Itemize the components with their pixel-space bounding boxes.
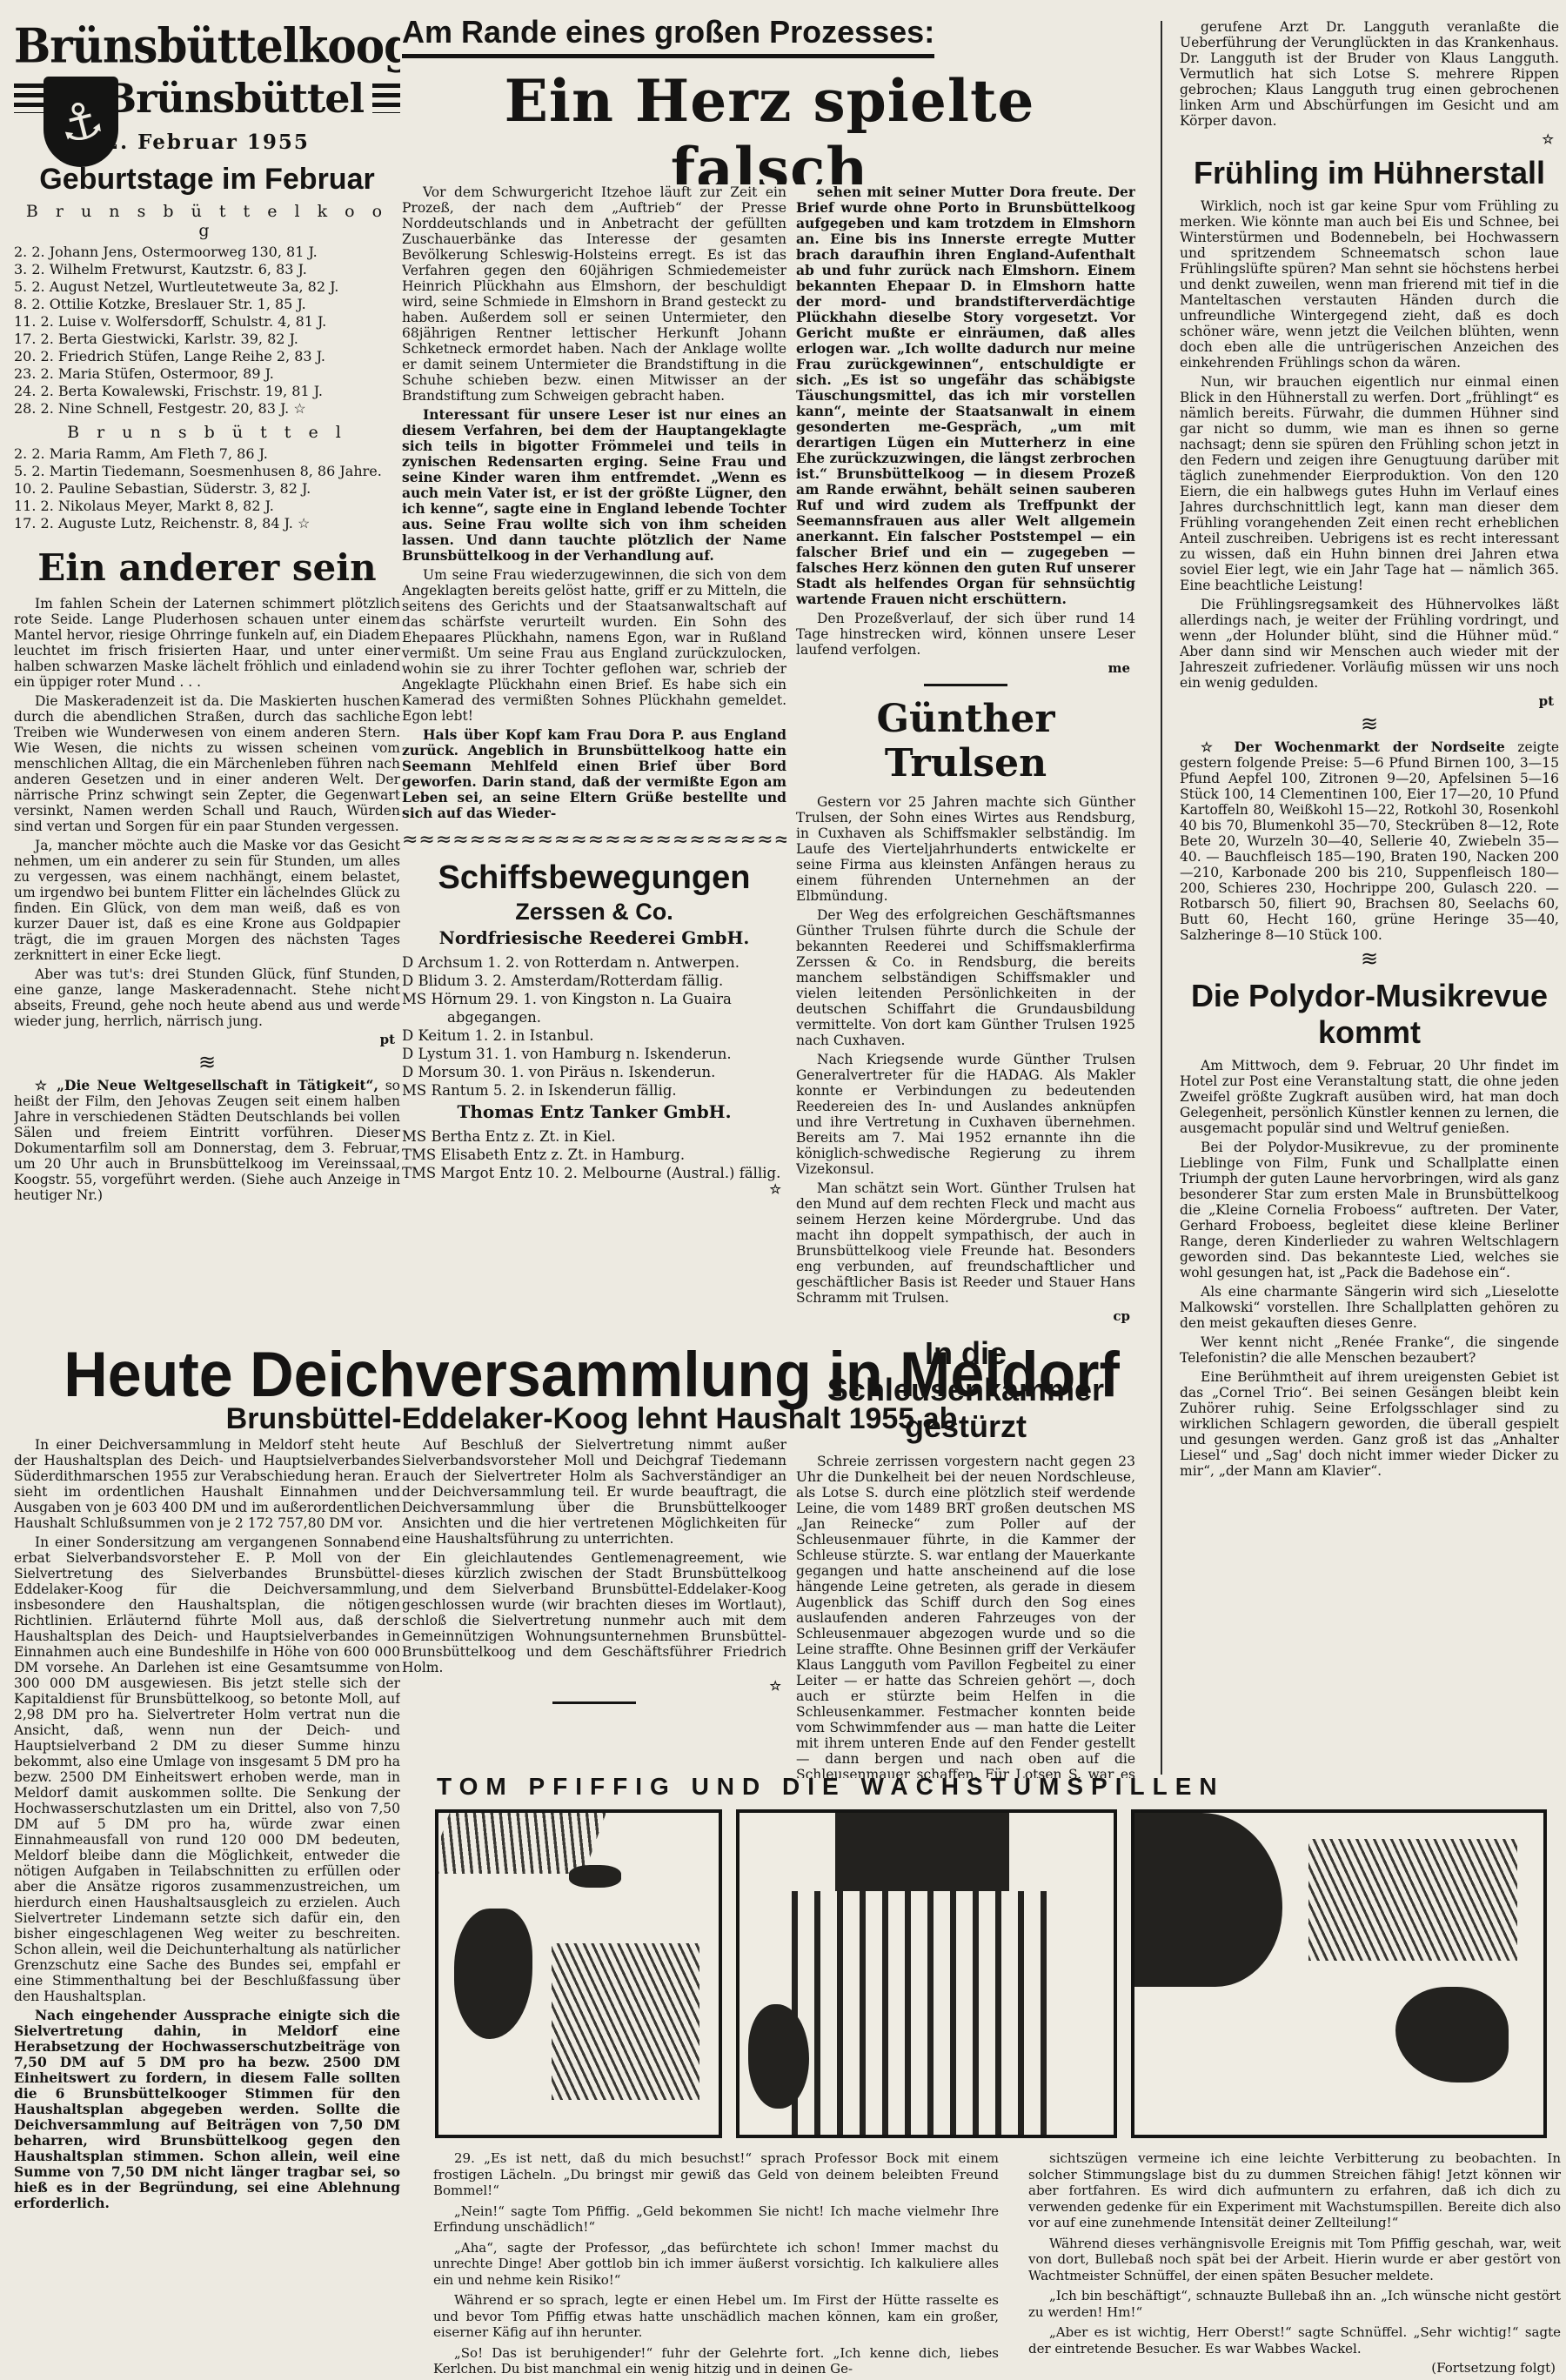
deich-article-col2-body: Auf Beschluß der Sielvertretung nimmt au… [402,1437,786,1675]
comic-art [1308,1839,1517,1961]
article-paragraph: Eine Berühmtheit auf ihrem ureigensten G… [1180,1369,1559,1479]
article-paragraph: Ein gleichlautendes Gentlemenagreement, … [402,1550,786,1675]
comic-caption-paragraph: „Aha“, sagte der Professor, „das befürch… [433,2240,999,2289]
ship-entry: MS Bertha Entz z. Zt. in Kiel. [402,1127,786,1146]
birthday-entry: 17. 2. Berta Giestwicki, Karlstr. 39, 82… [14,331,400,348]
comic-continuation-note: (Fortsetzung folgt) [1028,2361,1556,2375]
birthdays-list-brunsbuettelkoog: 2. 2. Johann Jens, Ostermoorweg 130, 81 … [14,244,400,418]
birthday-entry: 28. 2. Nine Schnell, Festgestr. 20, 83 J… [14,400,400,418]
comic-panel-1 [435,1809,722,2138]
comic-caption-paragraph: „Aber es ist wichtig, Herr Oberst!“ sagt… [1028,2324,1561,2357]
huehnerstall-article-title: Frühling im Hühnerstall [1180,155,1559,191]
article-paragraph: Vor dem Schwurgericht Itzehoe läuft zur … [402,184,786,404]
comic-caption-paragraph: „So! Das ist beruhigender!“ fuhr der Gel… [433,2345,999,2377]
polydor-article-title: Die Polydor-Musikrevue kommt [1180,978,1559,1051]
birthday-entry: 8. 2. Ottilie Kotzke, Breslauer Str. 1, … [14,296,400,313]
wochenmarkt-lead: ☆ Der Wochenmarkt der Nordseite [1201,739,1505,755]
film-note: ☆ „Die Neue Weltgesellschaft in Tätigkei… [14,1078,400,1203]
article-paragraph: Als eine charmante Sängerin wird sich „L… [1180,1284,1559,1331]
comic-caption-paragraph: Während dieses verhängnisvolle Ereignis … [1028,2236,1561,2284]
article-ein-anderer-sein-title: Ein anderer sein [14,546,400,589]
birthday-entry: 2. 2. Johann Jens, Ostermoorweg 130, 81 … [14,244,400,261]
schiffsbewegungen-company: Zerssen & Co. [402,899,786,926]
birthday-entry: 10. 2. Pauline Sebastian, Süderstr. 3, 8… [14,480,400,498]
newspaper-title-line1: Brünsbüttelkoog [14,23,400,71]
comic-art [552,1943,699,2100]
ship-entry: D Lystum 31. 1. von Hamburg n. Iskenderu… [402,1045,786,1063]
article-paragraph: Die Frühlingsregsamkeit des Hühnervolkes… [1180,597,1559,691]
article-paragraph: Der Weg des erfolgreichen Geschäftsmanne… [796,907,1135,1048]
article-paragraph: In einer Sondersitzung am vergangenen So… [14,1534,400,2004]
article-paragraph: In einer Deichversammlung in Meldorf ste… [14,1437,400,1531]
birthday-entry: 3. 2. Wilhelm Fretwurst, Kautzstr. 6, 83… [14,261,400,278]
article-paragraph: Nun, wir brauchen eigentlich nur einmal … [1180,374,1559,593]
ship-entry: D Keitum 1. 2. in Istanbul. [402,1026,786,1045]
birthday-entry: 24. 2. Berta Kowalewski, Frischstr. 19, … [14,383,400,400]
comic-strip [435,1809,1559,2138]
comic-caption-right-text: sichtszügen vermeine ich eine leichte Ve… [1028,2150,1561,2357]
column-4: gerufene Arzt Dr. Langguth veranlaßte di… [1180,19,1559,1776]
newspaper-title-line2: Brünsbüttel [103,77,364,120]
birthdays-title: Geburtstage im Februar [14,163,400,197]
article-paragraph: Nach Kriegsende wurde Günther Trulsen Ge… [796,1052,1135,1177]
comic-caption-left: 29. „Es ist nett, daß du mich besuchst!“… [433,2150,999,2380]
main-article-head: Am Rande eines großen Prozesses: Ein Her… [402,14,1137,184]
deich-column-1: In einer Deichversammlung in Meldorf ste… [14,1437,400,2380]
short-rule-divider [552,1701,636,1704]
birthday-entry: 11. 2. Nikolaus Meyer, Markt 8, 82 J. [14,498,400,515]
comic-art [454,1909,532,2039]
section-end-star-icon: ☆ [1180,132,1554,146]
ship-entry: MS Rantum 5. 2. in Iskenderun fällig. [402,1081,786,1100]
comic-art [1134,1813,1282,1987]
author-initials: pt [1180,694,1554,708]
wave-divider-icon [14,1052,400,1073]
birthday-entry: 20. 2. Friedrich Stüfen, Lange Reihe 2, … [14,348,400,365]
schiffsbewegungen-reederei: Nordfriesische Reederei GmbH. [402,927,786,948]
article-paragraph: Den Prozeßverlauf, der sich über rund 14… [796,611,1135,658]
section-end-star-icon: ☆ [402,1182,781,1196]
rope-divider-icon [402,830,786,851]
comic-art [835,1813,1009,1891]
ship-entry: D Blidum 3. 2. Amsterdam/Rotterdam fälli… [402,972,786,990]
newspaper-page: Brünsbüttelkoog Brünsbüttel ⚓ 2. Februar… [0,0,1566,2380]
comic-title: TOM PFIFFIG UND DIE WACHSTUMSPILLEN [437,1773,1481,1801]
article-paragraph: Nach eingehender Aussprache einigte sich… [14,2008,400,2211]
trulsen-article-body: Gestern vor 25 Jahren machte sich Günthe… [796,794,1135,1306]
article-paragraph: Hals über Kopf kam Frau Dora P. aus Engl… [402,727,786,821]
author-initials: pt [14,1033,395,1046]
birthday-entry: 11. 2. Luise v. Wolfersdorff, Schulstr. … [14,313,400,331]
comic-art [1395,1987,1509,2082]
ship-entry: D Archsum 1. 2. von Rotterdam n. Antwerp… [402,953,786,972]
birthdays-section2-label: B r u n s b ü t t e l [14,423,400,442]
comic-caption-right: sichtszügen vermeine ich eine leichte Ve… [1028,2150,1561,2380]
column-1-upper: Brünsbüttelkoog Brünsbüttel ⚓ 2. Februar… [14,23,400,1338]
article-paragraph: Aber was tut's: drei Stunden Glück, fünf… [14,966,400,1029]
polydor-article-body: Am Mittwoch, dem 9. Februar, 20 Uhr find… [1180,1058,1559,1479]
column-2: Vor dem Schwurgericht Itzehoe läuft zur … [402,184,786,1341]
wochenmarkt-prices: zeigte gestern folgende Preise: 5—6 Pfun… [1180,739,1559,943]
deich-article-col1-body: In einer Deichversammlung in Meldorf ste… [14,1437,400,2211]
comic-caption-left-text: 29. „Es ist nett, daß du mich besuchst!“… [433,2150,999,2377]
article-paragraph: Im fahlen Schein der Laternen schimmert … [14,596,400,690]
comic-art [792,1891,1061,2135]
main-article-col2-body: Vor dem Schwurgericht Itzehoe läuft zur … [402,184,786,821]
birthdays-section1-label: B r u n s b ü t t e l k o o g [14,202,400,240]
comic-caption-paragraph: „Nein!“ sagte Tom Pfiffig. „Geld bekomme… [433,2203,999,2236]
birthday-entry: 23. 2. Maria Stüfen, Ostermoor, 89 J. [14,365,400,383]
comic-art [435,1813,606,1874]
comic-caption-paragraph: 29. „Es ist nett, daß du mich besuchst!“… [433,2150,999,2199]
main-article-headline: Ein Herz spielte falsch [402,67,1137,184]
birthday-entry: 2. 2. Maria Ramm, Am Fleth 7, 86 J. [14,445,400,463]
short-rule-divider [924,684,1007,686]
birthday-entry: 5. 2. Martin Tiedemann, Soesmenhusen 8, … [14,463,400,480]
anchor-icon: ⚓ [52,88,110,157]
town-crest-logo: ⚓ [43,77,118,167]
wochenmarkt-note: ☆ Der Wochenmarkt der Nordseite zeigte g… [1180,739,1559,943]
ship-entry: TMS Elisabeth Entz z. Zt. in Hamburg. [402,1146,786,1164]
ship-entry: D Morsum 30. 1. von Piräus n. Iskenderun… [402,1063,786,1081]
article-paragraph: Am Mittwoch, dem 9. Februar, 20 Uhr find… [1180,1058,1559,1136]
comic-caption-paragraph: sichtszügen vermeine ich eine leichte Ve… [1028,2150,1561,2231]
trulsen-article-title: Günther Trulsen [796,697,1135,786]
section-end-star-icon: ☆ [402,1679,781,1693]
article-ein-anderer-sein-body: Im fahlen Schein der Laternen schimmert … [14,596,400,1029]
deich-subhead: Brunsbüttel-Eddelaker-Koog lehnt Haushal… [52,1402,1131,1436]
comic-panel-2 [736,1809,1117,2138]
author-initials: me [796,661,1130,675]
ship-movements-list-2: MS Bertha Entz z. Zt. in Kiel.TMS Elisab… [402,1127,786,1182]
article-paragraph: Man schätzt sein Wort. Günther Trulsen h… [796,1180,1135,1306]
comic-caption-paragraph: Während er so sprach, legte er einen Heb… [433,2292,999,2341]
deich-column-2: Auf Beschluß der Sielvertretung nimmt au… [402,1437,786,1769]
article-paragraph: Auf Beschluß der Sielvertretung nimmt au… [402,1437,786,1547]
film-note-lead: ☆ „Die Neue Weltgesellschaft in Tätigkei… [35,1077,378,1093]
masthead-stripes-right-icon [372,84,400,113]
article-paragraph: Wer kennt nicht „Renée Franke“, die sing… [1180,1334,1559,1366]
wave-divider-icon [1180,948,1559,969]
ship-entry: MS Hörnum 29. 1. von Kingston n. La Guai… [402,990,786,1026]
article-paragraph: Gestern vor 25 Jahren machte sich Günthe… [796,794,1135,904]
ship-movements-list-1: D Archsum 1. 2. von Rotterdam n. Antwerp… [402,953,786,1100]
comic-panel-3 [1131,1809,1547,2138]
author-initials: cp [796,1309,1130,1323]
masthead: Brünsbüttelkoog Brünsbüttel ⚓ 2. Februar… [14,23,400,154]
column-rule [1161,21,1162,1775]
article-paragraph: Bei der Polydor-Musikrevue, zu der promi… [1180,1140,1559,1280]
main-article-kicker: Am Rande eines großen Prozesses: [402,14,934,58]
article-paragraph: Um seine Frau wiederzugewinnen, die sich… [402,567,786,724]
ship-entry: TMS Margot Entz 10. 2. Melbourne (Austra… [402,1164,786,1182]
article-paragraph: Interessant für unsere Leser ist nur ein… [402,407,786,564]
main-article-col3-body: sehen mit seiner Mutter Dora freute. Der… [796,184,1135,658]
article-paragraph: Wirklich, noch ist gar keine Spur vom Fr… [1180,198,1559,371]
huehnerstall-article-body: Wirklich, noch ist gar keine Spur vom Fr… [1180,198,1559,691]
schiffsbewegungen-tanker-company: Thomas Entz Tanker GmbH. [402,1101,786,1122]
schleusenkammer-article-end: gerufene Arzt Dr. Langguth veranlaßte di… [1180,19,1559,129]
article-paragraph: Ja, mancher möchte auch die Maske vor da… [14,838,400,963]
birthday-entry: 17. 2. Auguste Lutz, Reichenstr. 8, 84 J… [14,515,400,532]
article-paragraph: Die Maskeradenzeit ist da. Die Maskierte… [14,693,400,834]
comic-art [748,2004,809,2109]
article-paragraph: sehen mit seiner Mutter Dora freute. Der… [796,184,1135,607]
wave-divider-icon [1180,713,1559,734]
film-note-rest: so heißt der Film, den Jehovas Zeugen se… [14,1078,400,1203]
deich-headline: Heute Deichversammlung in Meldorf [52,1338,1131,1411]
comic-art [569,1865,621,1888]
comic-caption-paragraph: „Ich bin beschäftigt“, schnauzte Bulleba… [1028,2288,1561,2320]
birthdays-list-brunsbuettel: 2. 2. Maria Ramm, Am Fleth 7, 86 J.5. 2.… [14,445,400,532]
article-paragraph: Schreie zerrissen vorgestern nacht gegen… [796,1454,1135,1778]
column-3: sehen mit seiner Mutter Dora freute. Der… [796,184,1135,1778]
schiffsbewegungen-title: Schiffsbewegungen [402,859,786,897]
schleusenkammer-article-body: Schreie zerrissen vorgestern nacht gegen… [796,1454,1135,1778]
article-paragraph: gerufene Arzt Dr. Langguth veranlaßte di… [1180,19,1559,129]
birthday-entry: 5. 2. August Netzel, Wurtleutetweute 3a,… [14,278,400,296]
